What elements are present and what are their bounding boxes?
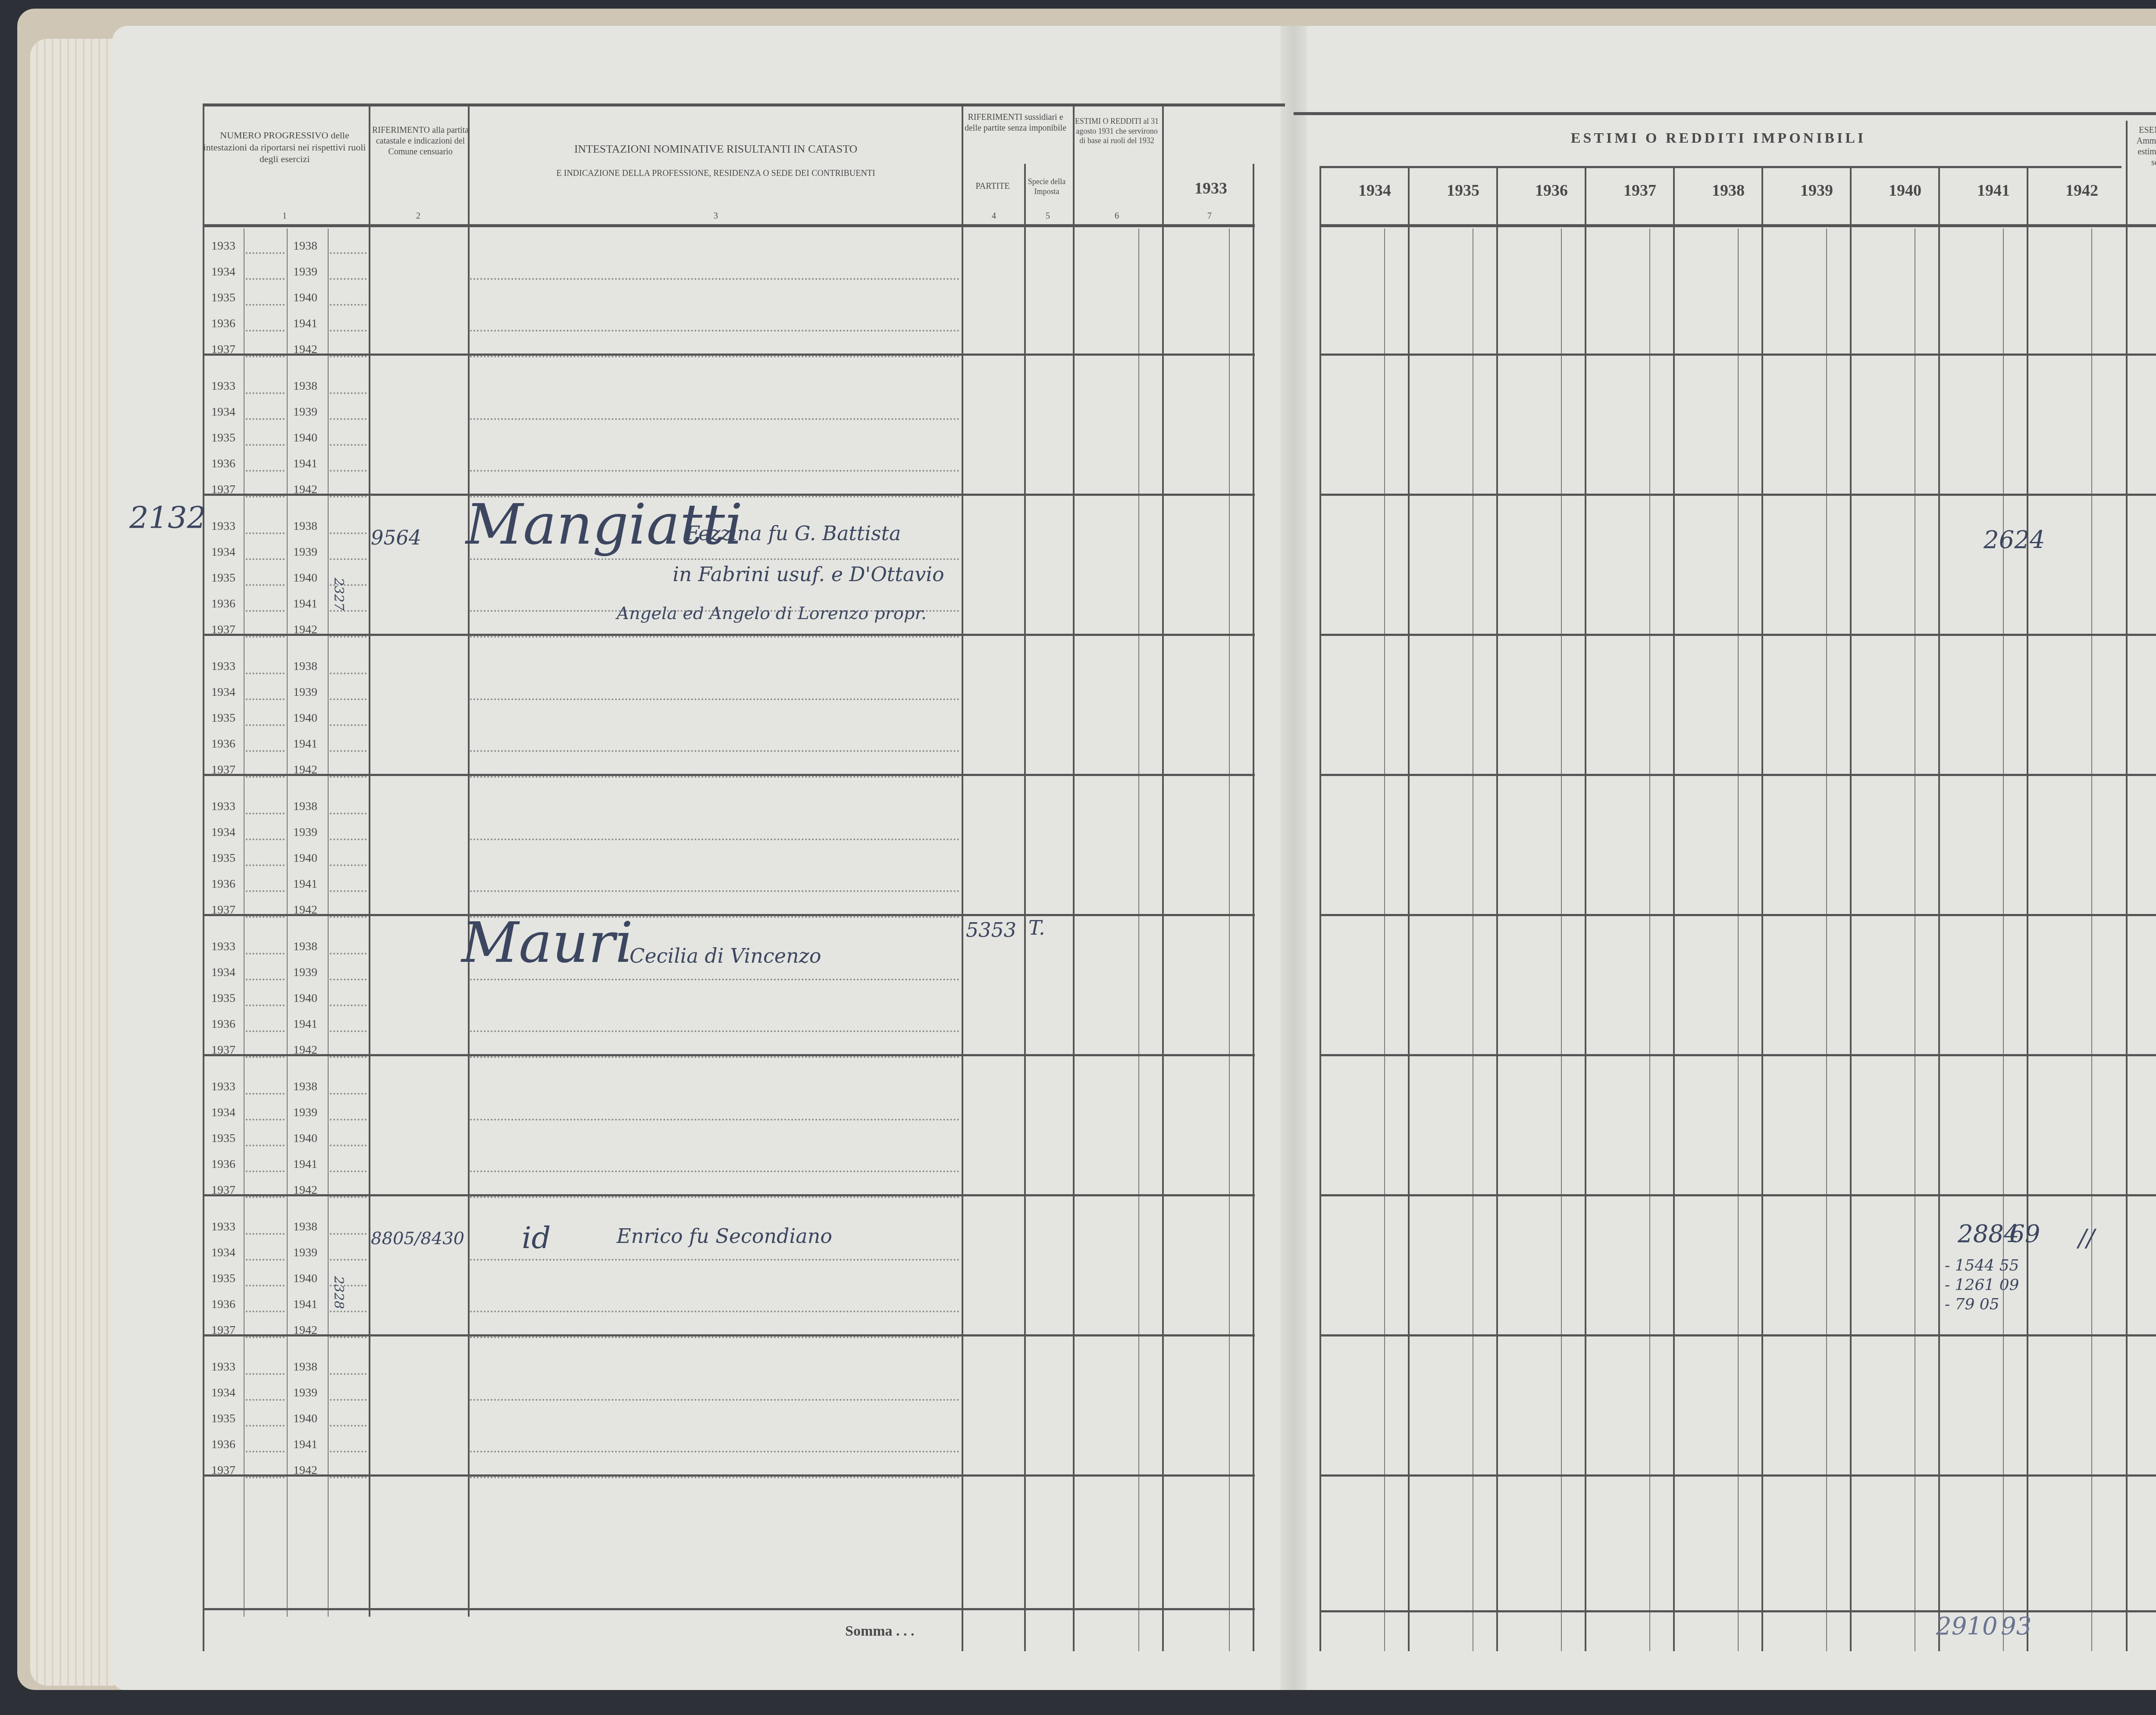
year-left: 1934 bbox=[211, 1386, 235, 1400]
dotted-rule bbox=[330, 864, 367, 866]
entry-1-line1: Fezzina fu G. Battista bbox=[686, 522, 901, 545]
dotted-rule bbox=[470, 1119, 959, 1120]
dotted-rule bbox=[330, 724, 367, 726]
year-left: 1937 bbox=[211, 1043, 235, 1057]
dotted-rule bbox=[330, 304, 367, 306]
col-num-7: 7 bbox=[1207, 211, 1212, 221]
entry-3-value-1941-cents: 69 bbox=[2009, 1220, 2040, 1248]
year-left: 1934 bbox=[211, 1106, 235, 1120]
dotted-rule bbox=[330, 890, 367, 892]
dotted-rule bbox=[470, 1030, 959, 1032]
dotted-rule bbox=[246, 1425, 285, 1427]
year-right: 1940 bbox=[293, 1272, 317, 1286]
year-left: 1936 bbox=[211, 1158, 235, 1171]
somma-1941-cents: 93 bbox=[2001, 1612, 2031, 1640]
dotted-rule bbox=[330, 532, 367, 534]
year-left: 1933 bbox=[211, 800, 235, 814]
dotted-rule bbox=[470, 1196, 959, 1198]
entry-3-ref: 8805/8430 bbox=[371, 1229, 464, 1249]
entry-3-side-num: 2328 bbox=[331, 1276, 346, 1309]
year-left: 1937 bbox=[211, 903, 235, 917]
dotted-rule bbox=[330, 1005, 367, 1006]
dotted-rule bbox=[330, 418, 367, 420]
dotted-rule bbox=[246, 304, 285, 306]
dotted-rule bbox=[330, 1145, 367, 1146]
dotted-rule bbox=[470, 750, 959, 752]
year-right: 1942 bbox=[293, 623, 317, 637]
header-year-1934: 1934 bbox=[1358, 181, 1391, 200]
dotted-rule bbox=[330, 1373, 367, 1375]
dotted-rule bbox=[330, 1425, 367, 1427]
year-right: 1940 bbox=[293, 992, 317, 1005]
dotted-rule bbox=[330, 1259, 367, 1261]
year-right: 1939 bbox=[293, 265, 317, 279]
year-left: 1933 bbox=[211, 1360, 235, 1374]
year-left: 1936 bbox=[211, 877, 235, 891]
entry-1-value-1941: 2624 bbox=[1984, 526, 2045, 554]
dotted-rule bbox=[246, 1477, 285, 1478]
dotted-rule bbox=[330, 392, 367, 394]
year-left: 1934 bbox=[211, 1246, 235, 1260]
year-left: 1933 bbox=[211, 239, 235, 253]
dotted-rule bbox=[470, 839, 959, 840]
year-right: 1938 bbox=[293, 800, 317, 814]
dotted-rule bbox=[246, 1196, 285, 1198]
dotted-rule bbox=[246, 496, 285, 498]
header-year-1942: 1942 bbox=[2065, 181, 2098, 200]
dotted-rule bbox=[246, 1373, 285, 1375]
year-right: 1942 bbox=[293, 1464, 317, 1477]
year-right: 1939 bbox=[293, 685, 317, 699]
year-left: 1934 bbox=[211, 966, 235, 980]
year-left: 1936 bbox=[211, 1298, 235, 1311]
dotted-rule bbox=[470, 1170, 959, 1172]
dotted-rule bbox=[330, 470, 367, 472]
dotted-rule bbox=[330, 636, 367, 638]
year-left: 1935 bbox=[211, 851, 235, 865]
dotted-rule bbox=[470, 278, 959, 280]
year-left: 1933 bbox=[211, 660, 235, 673]
dotted-rule bbox=[246, 636, 285, 638]
dotted-rule bbox=[330, 1311, 367, 1312]
dotted-rule bbox=[246, 1030, 285, 1032]
year-left: 1935 bbox=[211, 291, 235, 305]
year-left: 1935 bbox=[211, 431, 235, 445]
dotted-rule bbox=[330, 444, 367, 446]
dotted-rule bbox=[330, 953, 367, 955]
dotted-rule bbox=[330, 356, 367, 357]
year-right: 1940 bbox=[293, 711, 317, 725]
dotted-rule bbox=[330, 1056, 367, 1058]
entry-2-specie: T. bbox=[1028, 916, 1045, 939]
somma-label: Somma . . . bbox=[845, 1623, 915, 1640]
dotted-rule bbox=[246, 1145, 285, 1146]
year-left: 1936 bbox=[211, 737, 235, 751]
dotted-rule bbox=[330, 839, 367, 840]
header-year-1938: 1938 bbox=[1712, 181, 1745, 200]
dotted-rule bbox=[330, 1399, 367, 1401]
dotted-rule bbox=[330, 1030, 367, 1032]
entry-3-annotation: // bbox=[2078, 1224, 2095, 1252]
dotted-rule bbox=[330, 916, 367, 918]
dotted-rule bbox=[470, 1311, 959, 1312]
year-right: 1941 bbox=[293, 1438, 317, 1452]
year-right: 1938 bbox=[293, 1080, 317, 1094]
entry-2-surname: Mauri bbox=[461, 910, 633, 975]
col-num-4: 4 bbox=[992, 211, 996, 221]
header-esenzioni: ESENZIONI — Ammontare degli estimi o red… bbox=[2128, 125, 2156, 168]
dotted-rule bbox=[246, 1093, 285, 1095]
year-right: 1942 bbox=[293, 903, 317, 917]
year-left: 1934 bbox=[211, 826, 235, 839]
dotted-rule bbox=[330, 1170, 367, 1172]
year-left: 1933 bbox=[211, 1080, 235, 1094]
year-left: 1933 bbox=[211, 1220, 235, 1234]
entry-3-deduction-3: - 79 05 bbox=[1945, 1296, 1999, 1313]
dotted-rule bbox=[246, 444, 285, 446]
dotted-rule bbox=[246, 1005, 285, 1006]
dotted-rule bbox=[330, 278, 367, 280]
year-left: 1935 bbox=[211, 711, 235, 725]
year-right: 1941 bbox=[293, 457, 317, 471]
entry-1-side-num: 2327 bbox=[331, 578, 346, 610]
year-right: 1940 bbox=[293, 431, 317, 445]
year-right: 1938 bbox=[293, 1360, 317, 1374]
dotted-rule bbox=[330, 813, 367, 814]
dotted-rule bbox=[330, 776, 367, 778]
dotted-rule bbox=[330, 1233, 367, 1235]
dotted-rule bbox=[470, 776, 959, 778]
dotted-rule bbox=[330, 698, 367, 700]
margin-note: 2132 bbox=[129, 500, 206, 535]
dotted-rule bbox=[330, 979, 367, 980]
year-left: 1935 bbox=[211, 1412, 235, 1426]
dotted-rule bbox=[330, 1477, 367, 1478]
col-num-2: 2 bbox=[416, 211, 420, 221]
year-right: 1940 bbox=[293, 1132, 317, 1145]
year-right: 1940 bbox=[293, 571, 317, 585]
header-year-1941: 1941 bbox=[1977, 181, 2010, 200]
year-left: 1937 bbox=[211, 1183, 235, 1197]
year-right: 1941 bbox=[293, 1298, 317, 1311]
dotted-rule bbox=[246, 1056, 285, 1058]
dotted-rule bbox=[330, 496, 367, 498]
entry-3-surname: id bbox=[522, 1220, 551, 1255]
dotted-rule bbox=[246, 1336, 285, 1338]
dotted-rule bbox=[470, 1477, 959, 1478]
year-right: 1938 bbox=[293, 379, 317, 393]
year-left: 1934 bbox=[211, 265, 235, 279]
col-num-1: 1 bbox=[282, 211, 287, 221]
header-riferimenti-sussidiari: RIFERIMENTI sussidiari e delle partite s… bbox=[962, 112, 1069, 134]
header-year-1935: 1935 bbox=[1447, 181, 1479, 200]
dotted-rule bbox=[470, 356, 959, 357]
col-num-5: 5 bbox=[1046, 211, 1050, 221]
year-right: 1938 bbox=[293, 660, 317, 673]
dotted-rule bbox=[470, 636, 959, 638]
dotted-rule bbox=[246, 750, 285, 752]
dotted-rule bbox=[246, 584, 285, 586]
year-left: 1937 bbox=[211, 343, 235, 357]
entry-1-line3: Angela ed Angelo di Lorenzo propr. bbox=[617, 604, 927, 623]
header-intestazioni-sub: E INDICAZIONE DELLA PROFESSIONE, RESIDEN… bbox=[474, 168, 957, 179]
year-right: 1940 bbox=[293, 1412, 317, 1426]
entry-3-deduction-2: - 1261 09 bbox=[1945, 1276, 2019, 1294]
dotted-rule bbox=[330, 1093, 367, 1095]
book-gutter bbox=[1281, 26, 1307, 1690]
year-left: 1936 bbox=[211, 1438, 235, 1452]
year-right: 1938 bbox=[293, 239, 317, 253]
year-right: 1942 bbox=[293, 1043, 317, 1057]
dotted-rule bbox=[246, 1170, 285, 1172]
year-left: 1937 bbox=[211, 763, 235, 777]
dotted-rule bbox=[246, 610, 285, 612]
dotted-rule bbox=[470, 1259, 959, 1261]
year-right: 1939 bbox=[293, 1106, 317, 1120]
dotted-rule bbox=[330, 558, 367, 560]
year-right: 1940 bbox=[293, 291, 317, 305]
dotted-rule bbox=[470, 1336, 959, 1338]
dotted-rule bbox=[246, 1233, 285, 1235]
entry-3-line1: Enrico fu Secondiano bbox=[617, 1224, 832, 1248]
somma-1941: 2910 bbox=[1936, 1612, 1998, 1640]
year-right: 1942 bbox=[293, 1183, 317, 1197]
year-right: 1941 bbox=[293, 877, 317, 891]
header-numero-progressivo: NUMERO PROGRESSIVO delle intestazioni da… bbox=[203, 129, 367, 165]
header-estimi-imponibili: ESTIMI O REDDITI IMPONIBILI bbox=[1319, 129, 2117, 148]
year-left: 1934 bbox=[211, 545, 235, 559]
dotted-rule bbox=[470, 698, 959, 700]
year-right: 1942 bbox=[293, 483, 317, 497]
dotted-rule bbox=[246, 1119, 285, 1120]
year-left: 1933 bbox=[211, 520, 235, 533]
dotted-rule bbox=[246, 1285, 285, 1286]
dotted-rule bbox=[246, 839, 285, 840]
dotted-rule bbox=[246, 916, 285, 918]
entry-2-partite: 5353 bbox=[966, 918, 1016, 942]
left-page bbox=[112, 26, 1294, 1690]
year-right: 1939 bbox=[293, 1246, 317, 1260]
entry-3-deduction-1: - 1544 55 bbox=[1945, 1257, 2019, 1274]
col-num-3: 3 bbox=[714, 211, 718, 221]
dotted-rule bbox=[470, 330, 959, 332]
year-right: 1939 bbox=[293, 1386, 317, 1400]
year-right: 1942 bbox=[293, 343, 317, 357]
year-right: 1939 bbox=[293, 545, 317, 559]
header-partite: PARTITE bbox=[962, 181, 1023, 192]
dotted-rule bbox=[246, 864, 285, 866]
dotted-rule bbox=[330, 252, 367, 254]
dotted-rule bbox=[330, 1119, 367, 1120]
dotted-rule bbox=[470, 1056, 959, 1058]
year-left: 1934 bbox=[211, 405, 235, 419]
header-year-1937: 1937 bbox=[1623, 181, 1656, 200]
dotted-rule bbox=[330, 1196, 367, 1198]
dotted-rule bbox=[246, 356, 285, 357]
dotted-rule bbox=[246, 558, 285, 560]
entry-1-ref: 9564 bbox=[371, 526, 421, 549]
header-year-1933: 1933 bbox=[1194, 179, 1227, 198]
year-right: 1942 bbox=[293, 1324, 317, 1337]
dotted-rule bbox=[246, 418, 285, 420]
entry-2-line1: Cecilia di Vincenzo bbox=[630, 944, 821, 967]
dotted-rule bbox=[246, 392, 285, 394]
dotted-rule bbox=[246, 979, 285, 980]
year-right: 1939 bbox=[293, 966, 317, 980]
dotted-rule bbox=[246, 1399, 285, 1401]
year-right: 1941 bbox=[293, 737, 317, 751]
dotted-rule bbox=[246, 1311, 285, 1312]
dotted-rule bbox=[330, 1336, 367, 1338]
header-year-1936: 1936 bbox=[1535, 181, 1568, 200]
year-right: 1938 bbox=[293, 940, 317, 954]
dotted-rule bbox=[246, 278, 285, 280]
header-specie-imposta: Specie della Imposta bbox=[1024, 177, 1069, 196]
dotted-rule bbox=[470, 558, 959, 560]
page-stack bbox=[30, 39, 125, 1686]
year-right: 1941 bbox=[293, 1017, 317, 1031]
year-left: 1936 bbox=[211, 1017, 235, 1031]
dotted-rule bbox=[470, 418, 959, 420]
dotted-rule bbox=[246, 252, 285, 254]
entry-1-line2: in Fabrini usuf. e D'Ottavio bbox=[673, 563, 944, 586]
header-year-1940: 1940 bbox=[1889, 181, 1921, 200]
year-right: 1940 bbox=[293, 851, 317, 865]
dotted-rule bbox=[470, 1451, 959, 1452]
dotted-rule bbox=[470, 890, 959, 892]
dotted-rule bbox=[246, 813, 285, 814]
year-left: 1937 bbox=[211, 1464, 235, 1477]
dotted-rule bbox=[246, 953, 285, 955]
dotted-rule bbox=[330, 1451, 367, 1452]
dotted-rule bbox=[246, 776, 285, 778]
dotted-rule bbox=[246, 698, 285, 700]
year-right: 1938 bbox=[293, 1220, 317, 1234]
header-year-1939: 1939 bbox=[1800, 181, 1833, 200]
dotted-rule bbox=[246, 673, 285, 674]
year-right: 1941 bbox=[293, 597, 317, 611]
year-left: 1936 bbox=[211, 457, 235, 471]
year-right: 1941 bbox=[293, 317, 317, 331]
year-right: 1942 bbox=[293, 763, 317, 777]
header-riferimento: RIFERIMENTO alla partita catastale e ind… bbox=[371, 125, 470, 157]
year-left: 1935 bbox=[211, 992, 235, 1005]
dotted-rule bbox=[246, 890, 285, 892]
dotted-rule bbox=[470, 1399, 959, 1401]
dotted-rule bbox=[330, 673, 367, 674]
header-intestazioni: INTESTAZIONI NOMINATIVE RISULTANTI IN CA… bbox=[474, 142, 957, 156]
dotted-rule bbox=[330, 330, 367, 332]
dotted-rule bbox=[246, 724, 285, 726]
header-estimi-1931: ESTIMI O REDDITI al 31 agosto 1931 che s… bbox=[1074, 116, 1160, 146]
year-right: 1939 bbox=[293, 826, 317, 839]
year-left: 1935 bbox=[211, 1132, 235, 1145]
year-left: 1937 bbox=[211, 623, 235, 637]
dotted-rule bbox=[246, 470, 285, 472]
year-right: 1938 bbox=[293, 520, 317, 533]
dotted-rule bbox=[470, 979, 959, 980]
year-left: 1933 bbox=[211, 940, 235, 954]
year-left: 1935 bbox=[211, 571, 235, 585]
dotted-rule bbox=[246, 1259, 285, 1261]
dotted-rule bbox=[470, 470, 959, 472]
year-right: 1939 bbox=[293, 405, 317, 419]
dotted-rule bbox=[330, 750, 367, 752]
year-left: 1935 bbox=[211, 1272, 235, 1286]
year-left: 1936 bbox=[211, 597, 235, 611]
dotted-rule bbox=[246, 1451, 285, 1452]
col-num-6: 6 bbox=[1115, 211, 1119, 221]
year-left: 1934 bbox=[211, 685, 235, 699]
year-left: 1933 bbox=[211, 379, 235, 393]
dotted-rule bbox=[246, 532, 285, 534]
dotted-rule bbox=[246, 330, 285, 332]
year-left: 1937 bbox=[211, 483, 235, 497]
year-left: 1937 bbox=[211, 1324, 235, 1337]
year-left: 1936 bbox=[211, 317, 235, 331]
year-right: 1941 bbox=[293, 1158, 317, 1171]
